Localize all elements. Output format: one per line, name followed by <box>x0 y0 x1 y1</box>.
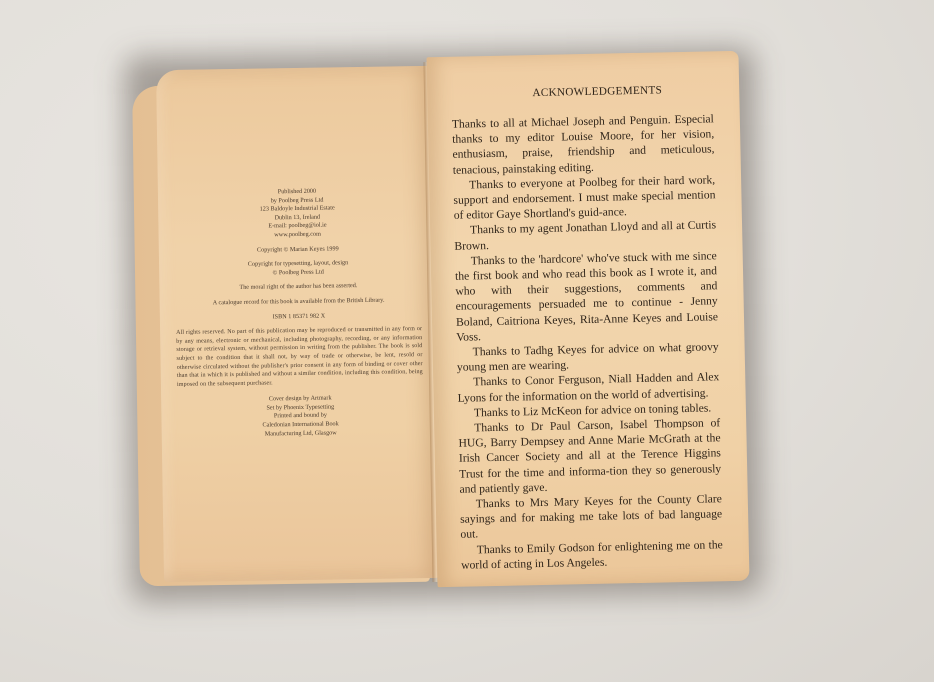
rights-notice: All rights reserved. No part of this pub… <box>176 325 423 389</box>
copyright-author-text: Copyright © Marian Keyes 1999 <box>173 244 423 257</box>
paragraph: Thanks to everyone at Poolbeg for their … <box>453 172 716 223</box>
credits-block: Cover design by Artmark Set by Phoenix T… <box>175 393 426 440</box>
paragraph: Thanks to Mrs Mary Keyes for the County … <box>460 491 723 542</box>
page-title: ACKNOWLEDGEMENTS <box>481 83 713 100</box>
isbn: ISBN 1 85371 982 X <box>174 311 424 324</box>
right-page-acknowledgements: ACKNOWLEDGEMENTS Thanks to all at Michae… <box>426 51 749 587</box>
acknowledgements: ACKNOWLEDGEMENTS Thanks to all at Michae… <box>451 83 723 572</box>
paragraph: Thanks to the 'hardcore' who've stuck wi… <box>455 248 719 345</box>
imprint-block: Published 2000 by Poolbeg Press Ltd 123 … <box>172 186 426 446</box>
moral-right-text: The moral right of the author has been a… <box>173 281 423 294</box>
publisher-block: Published 2000 by Poolbeg Press Ltd 123 … <box>172 186 423 241</box>
isbn-text: ISBN 1 85371 982 X <box>174 311 424 324</box>
catalogue-record: A catalogue record for this book is avai… <box>174 296 424 309</box>
acknowledgements-body: Thanks to all at Michael Joseph and Peng… <box>452 111 723 572</box>
copyright-typesetting: Copyright for typesetting, layout, desig… <box>173 258 423 279</box>
paragraph: Thanks to all at Michael Joseph and Peng… <box>452 111 715 177</box>
left-page-imprint: Published 2000 by Poolbeg Press Ltd 123 … <box>156 66 438 582</box>
paragraph: Thanks to Dr Paul Carson, Isabel Thompso… <box>458 415 722 496</box>
photo-scene: Published 2000 by Poolbeg Press Ltd 123 … <box>0 0 934 682</box>
catalogue-record-text: A catalogue record for this book is avai… <box>174 296 424 309</box>
moral-right: The moral right of the author has been a… <box>173 281 423 294</box>
copyright-author: Copyright © Marian Keyes 1999 <box>173 244 423 257</box>
paragraph: Thanks to Emily Godson for enlightening … <box>461 537 724 573</box>
